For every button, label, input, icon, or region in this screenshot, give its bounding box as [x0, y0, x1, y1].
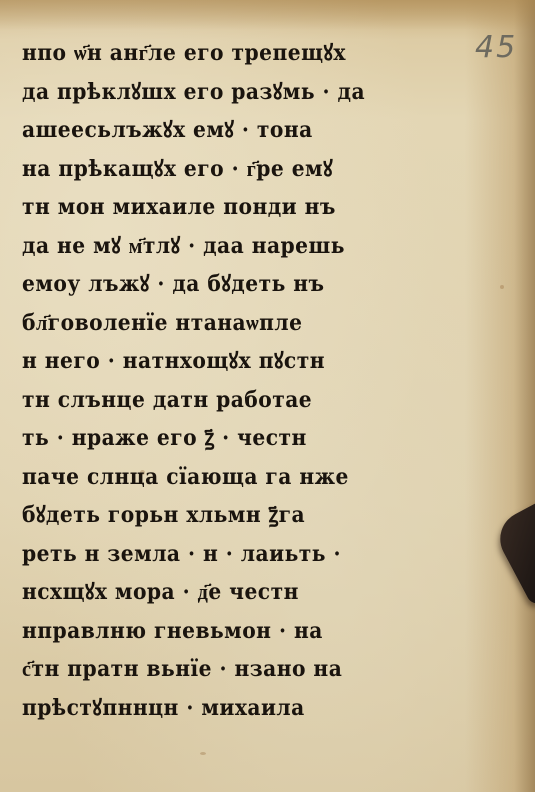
text-line: тн мон михаиле понди нъ [22, 188, 427, 227]
text-line: да прѣклꙋшх его разꙋмь · да [22, 73, 427, 112]
text-line: н него · натнхощꙋх пꙋстн [22, 342, 427, 381]
text-line: да не мꙋ м҃тлꙋ · даа нарешь [22, 227, 427, 266]
stain [500, 285, 504, 289]
text-line: на прѣкащꙋх его · г҃ре емꙋ [22, 150, 427, 189]
folio-number: 45 [475, 30, 517, 65]
text-line: паче слнца сїающа га нже [22, 458, 427, 497]
text-line: реть н земла · н · лаиьть · [22, 535, 427, 574]
pen-tip [490, 499, 535, 607]
stain [200, 752, 206, 755]
text-line: бл҃говоленїе нтанаѡпле [22, 304, 427, 343]
manuscript-page: 45 нпо ѡ҃н анг҃ле его трепещꙋх да прѣклꙋ… [0, 0, 535, 792]
text-line: нсхщꙋх мора · д҃е честн [22, 573, 427, 612]
text-line: ть · нраже его ꙁ҃ · честн [22, 419, 427, 458]
text-line: ашеесьлъжꙋх емꙋ · тона [22, 111, 427, 150]
text-line: нправлню гневьмон · на [22, 612, 427, 651]
text-line: нпо ѡ҃н анг҃ле его трепещꙋх [22, 34, 427, 73]
text-line: прѣстꙋпннцн · михаила [22, 689, 427, 728]
text-line: с҃тн пратн вьнїе · нзано на [22, 650, 427, 689]
text-line: тн слънце датн работае [22, 381, 427, 420]
manuscript-text: нпо ѡ҃н анг҃ле его трепещꙋх да прѣклꙋшх … [22, 34, 462, 727]
text-line: бꙋдеть горьн хльмн ꙁ҃га [22, 496, 427, 535]
text-line: емоу лъжꙋ · да бꙋдеть нъ [22, 265, 427, 304]
